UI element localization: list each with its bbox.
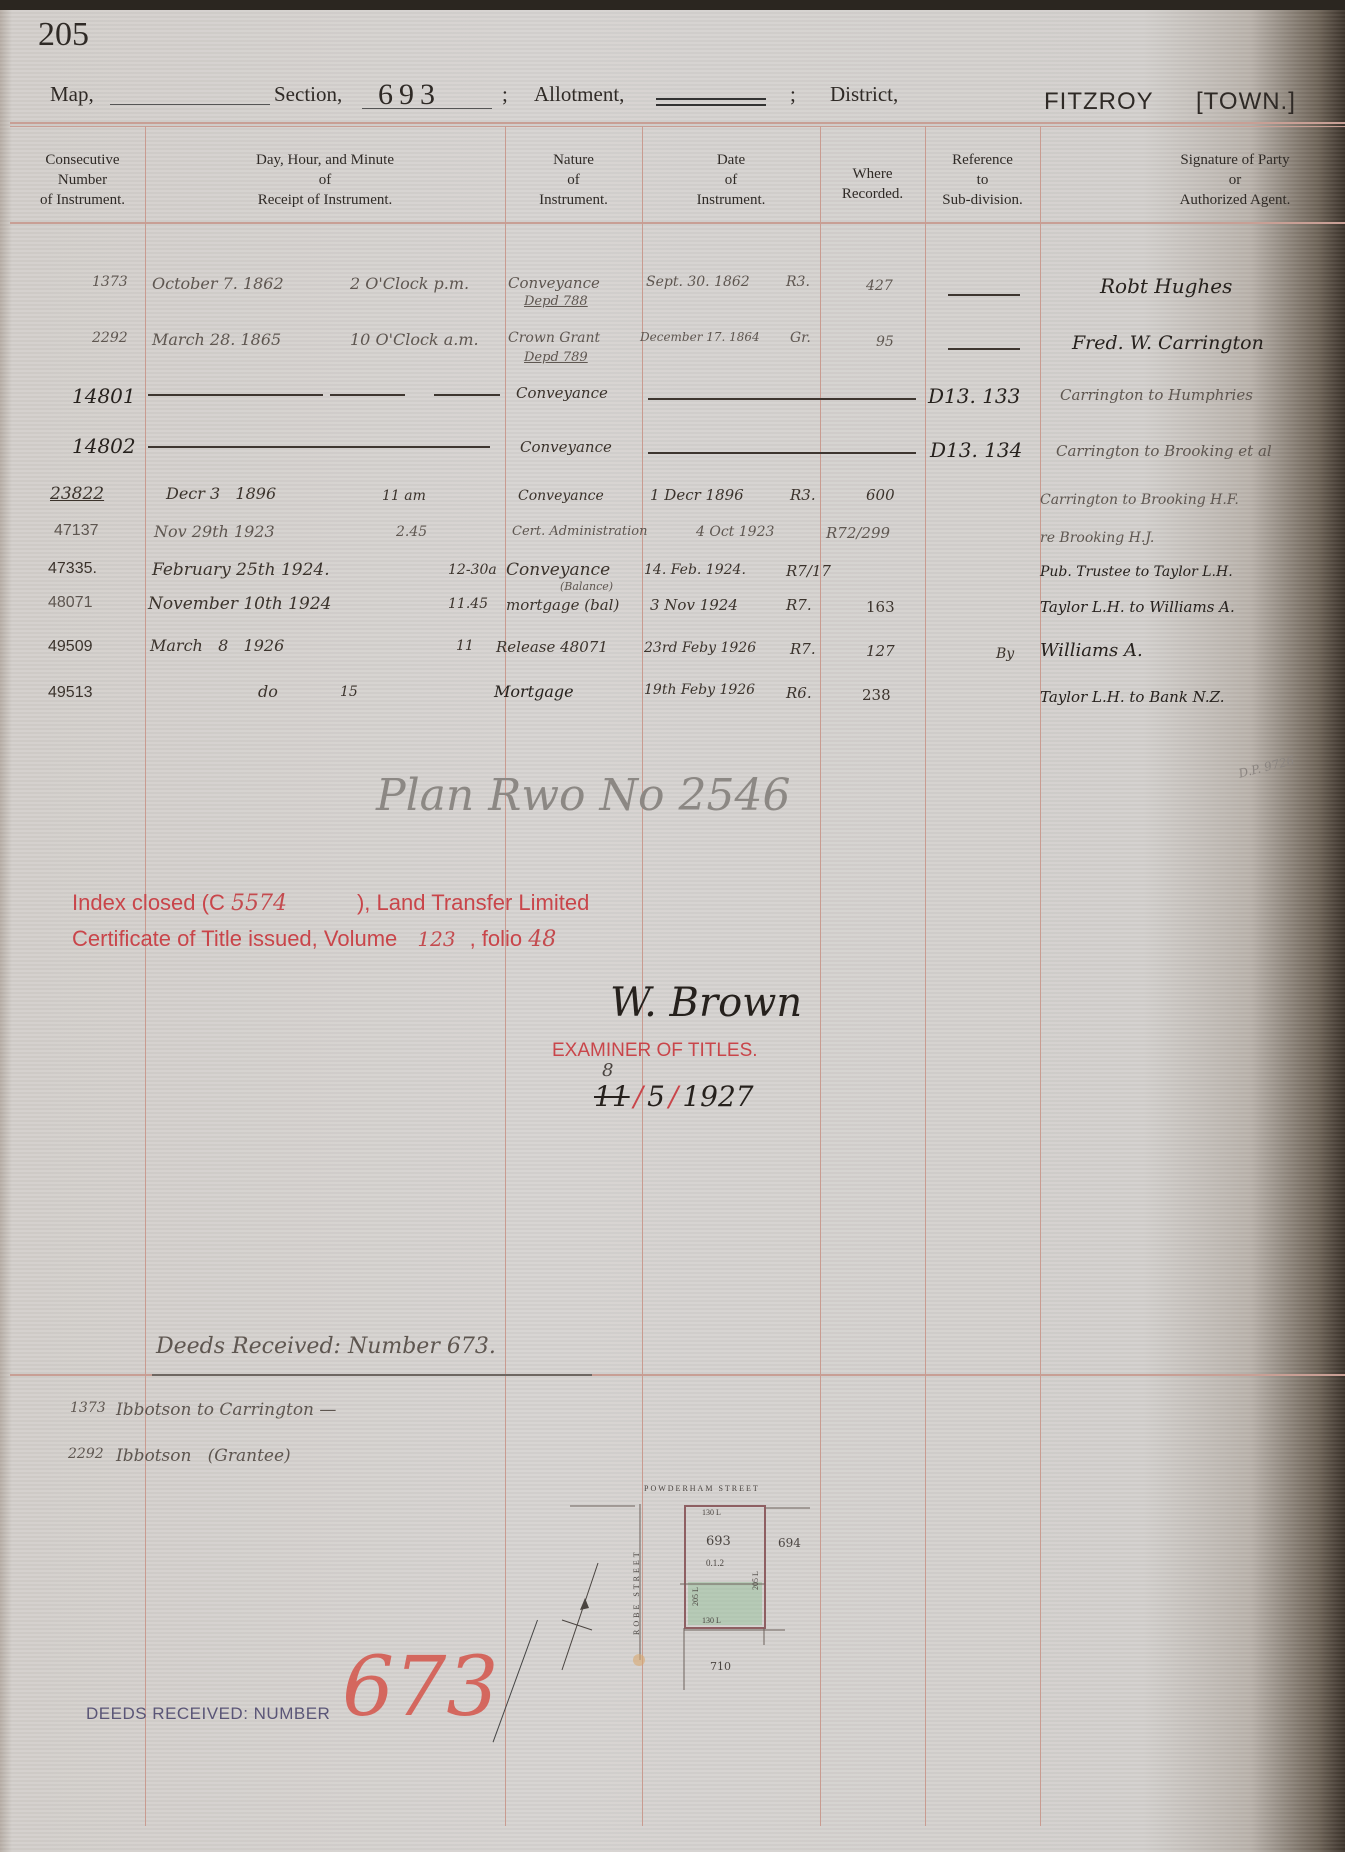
entry-reference-dash — [948, 294, 1020, 296]
plan-area: 0.1.2 — [706, 1558, 724, 1568]
entry-signature: Fred. W. Carrington — [1072, 332, 1264, 354]
entry-recorded-book: R7/17 — [786, 562, 831, 580]
entry-date: 19th Feby 1926 — [644, 682, 755, 698]
plan-right-dim: 205 L — [751, 1571, 760, 1590]
col-rule-5 — [925, 126, 926, 1826]
entry-nature: Conveyance — [518, 488, 604, 504]
entry-nature: Conveyance — [516, 384, 608, 402]
deeds-line-number: 1373 — [70, 1400, 106, 1416]
entry-signature: re Brooking H.J. — [1040, 530, 1154, 546]
map-label: Map, — [50, 82, 94, 107]
entry-nature: Cert. Administration — [512, 524, 648, 539]
header-bottom-rule — [10, 222, 1345, 224]
entry-nature: Conveyance — [520, 438, 612, 456]
entry-nature-note: (Balance) — [560, 580, 613, 593]
entry-signature: Taylor L.H. to Bank N.Z. — [1040, 688, 1225, 706]
entry-nature: mortgage (bal) — [506, 596, 619, 614]
examiner-date: 11 / 5 / 1927 — [594, 1080, 754, 1113]
entry-number: 47335. — [48, 560, 97, 578]
entry-nature: Conveyance — [506, 560, 610, 580]
entry-nature: Release 48071 — [496, 638, 608, 656]
col-rule-6 — [1040, 126, 1041, 1826]
entry-recorded-folio: 163 — [866, 598, 895, 616]
plan-adjacent-right: 694 — [778, 1536, 801, 1550]
entry-reference-dash — [948, 348, 1020, 350]
entry-signature: Carrington to Humphries — [1060, 386, 1253, 404]
entry-nature: Conveyance — [508, 274, 600, 292]
entry-number: 47137 — [54, 522, 99, 540]
entry-day: February 25th 1924. — [152, 560, 330, 580]
plan-street-top: POWDERHAM STREET — [644, 1484, 760, 1493]
entry-time: 2 O'Clock p.m. — [350, 274, 469, 293]
entry-time: 11 — [456, 638, 474, 654]
entry-recorded-folio: 127 — [866, 642, 895, 660]
entry-number: 49513 — [48, 684, 93, 702]
pencil-stroke — [493, 1620, 538, 1743]
entry-number: 1373 — [92, 274, 128, 290]
entry-time-dash — [434, 394, 500, 396]
entry-signature: Carrington to Brooking et al — [1056, 442, 1272, 460]
deeds-received-stamp: DEEDS RECEIVED: NUMBER — [86, 1704, 330, 1724]
faint-dp-note: D.P. 9726 — [1237, 753, 1296, 780]
deeds-received-number: 673 — [342, 1640, 499, 1735]
entry-day-dash — [148, 394, 323, 396]
entry-signature: Taylor L.H. to Williams A. — [1040, 598, 1235, 616]
allotment-dash-1 — [656, 98, 766, 100]
entry-recorded-book: R3. — [786, 274, 810, 290]
col-rule-2 — [505, 126, 506, 1826]
entry-time: 15 — [340, 684, 358, 700]
entry-reference: D13. 134 — [930, 438, 1022, 462]
allotment-dash-2 — [656, 104, 766, 106]
page-number: 205 — [38, 16, 89, 54]
entry-date: December 17. 1864 — [640, 330, 760, 344]
entry-nature: Mortgage — [494, 682, 574, 701]
pencil-plan-note: Plan Rwo No 2546 — [376, 770, 790, 821]
entry-time: 12-30a — [448, 562, 497, 578]
district-label: District, — [830, 82, 898, 107]
entry-day: Decr 3 1896 — [166, 484, 276, 503]
section-label: Section, — [274, 82, 342, 107]
section-value: 693 — [378, 78, 441, 112]
book-edge — [0, 0, 1345, 10]
entry-recorded-book: Gr. — [790, 330, 811, 346]
entry-nature: Crown Grant — [508, 330, 600, 346]
entry-time: 11.45 — [448, 596, 488, 612]
entry-date: 23rd Feby 1926 — [644, 640, 756, 656]
entry-date: Sept. 30. 1862 — [646, 274, 750, 290]
entry-recorded-folio: 427 — [866, 278, 893, 294]
entry-signature: Pub. Trustee to Taylor L.H. — [1040, 564, 1233, 580]
entry-day: November 10th 1924 — [148, 594, 331, 614]
allotment-label: Allotment, — [534, 82, 624, 107]
entry-day: March 28. 1865 — [152, 330, 281, 349]
entry-recorded-book: R7. — [786, 596, 812, 614]
entry-recorded-book: R6. — [786, 684, 812, 702]
entry-date: 14. Feb. 1924. — [644, 562, 746, 578]
allotment-plan-sketch: POWDERHAM STREET ROBE STREET 130 L 693 0… — [560, 1470, 860, 1690]
entry-recorded-book: R7. — [790, 640, 816, 658]
district-suffix: [TOWN.] — [1196, 88, 1296, 116]
entry-time: 11 am — [382, 488, 426, 504]
examiner-signature: W. Brown — [610, 980, 802, 1026]
col-header-receipt: Day, Hour, and MinuteofReceipt of Instru… — [145, 150, 505, 210]
header-top-rule — [10, 122, 1345, 124]
plan-adjacent-below: 710 — [710, 1660, 731, 1673]
col-rule-1 — [145, 126, 146, 1826]
deeds-received-heading: Deeds Received: Number 673. — [156, 1334, 496, 1359]
entry-recorded-folio: 238 — [862, 686, 891, 704]
col-header-nature: NatureofInstrument. — [505, 150, 642, 210]
entry-day: October 7. 1862 — [152, 274, 284, 293]
plan-top-dim: 130 L — [702, 1508, 721, 1517]
index-closed-stamp: Index closed (C 5574), Land Transfer Lim… — [72, 890, 589, 916]
entry-number: 14802 — [72, 434, 136, 458]
register-page: 205 Map, Section, 693 ; Allotment, ; Dis… — [0, 0, 1345, 1852]
entry-number: 14801 — [72, 384, 136, 408]
plan-left-dim: 205 L — [691, 1587, 700, 1606]
entry-reference: D13. 133 — [928, 384, 1020, 408]
district-value: FITZROY — [1044, 88, 1154, 116]
deeds-line-text: Ibbotson to Carrington — — [116, 1400, 336, 1420]
entry-date: 3 Nov 1924 — [650, 596, 738, 614]
entry-day-dash — [148, 446, 490, 448]
entry-date: 1 Decr 1896 — [650, 486, 744, 504]
header-top-rule-2 — [10, 126, 1345, 127]
entry-date-dash — [648, 452, 916, 454]
entry-day: March 8 1926 — [150, 636, 284, 655]
entry-nature-note: Depd 788 — [524, 294, 588, 309]
entry-time: 10 O'Clock a.m. — [350, 330, 479, 349]
entry-signature: Williams A. — [1040, 640, 1143, 661]
col-header-recorded: WhereRecorded. — [820, 164, 925, 204]
entry-date: 4 Oct 1923 — [696, 524, 774, 540]
col-header-signature: Signature of PartyorAuthorized Agent. — [1160, 150, 1310, 210]
entry-recorded-folio: 600 — [866, 486, 895, 504]
plan-bottom-dim: 130 L — [702, 1616, 721, 1625]
entry-signature: Carrington to Brooking H.F. — [1040, 492, 1239, 508]
entry-time: 2.45 — [396, 524, 427, 540]
entry-day-dash-2 — [330, 394, 405, 396]
map-blank — [110, 104, 270, 105]
entry-number: 23822 — [50, 484, 104, 504]
entry-number: 49509 — [48, 638, 93, 656]
entry-recorded-book: R72/299 — [826, 524, 890, 542]
entry-number: 2292 — [92, 330, 128, 346]
col-header-reference: ReferencetoSub-division. — [925, 150, 1040, 210]
entry-recorded-book: R3. — [790, 486, 816, 504]
entry-recorded-folio: 95 — [876, 334, 894, 350]
col-header-date: DateofInstrument. — [642, 150, 820, 210]
entry-day: Nov 29th 1923 — [154, 522, 275, 541]
entry-signature: Robt Hughes — [1100, 274, 1232, 298]
entry-nature-note: Depd 789 — [524, 350, 588, 365]
deeds-line-text: Ibbotson (Grantee) — [116, 1446, 291, 1466]
certificate-stamp: Certificate of Title issued, Volume 123,… — [72, 926, 556, 952]
plan-street-left: ROBE STREET — [632, 1510, 641, 1635]
entry-number: 48071 — [48, 594, 93, 612]
deeds-heading-underline — [152, 1374, 592, 1376]
plan-lot-number: 693 — [706, 1534, 731, 1549]
section-underline — [362, 108, 492, 109]
col-header-number: ConsecutiveNumberof Instrument. — [20, 150, 145, 210]
entry-day: do — [258, 682, 278, 701]
date-correction: 8 — [602, 1060, 613, 1081]
entry-signature-prefix: By — [996, 646, 1014, 662]
examiner-of-titles-stamp: EXAMINER OF TITLES. — [552, 1040, 758, 1062]
deeds-line-number: 2292 — [68, 1446, 104, 1462]
entry-date-dash — [648, 398, 916, 400]
